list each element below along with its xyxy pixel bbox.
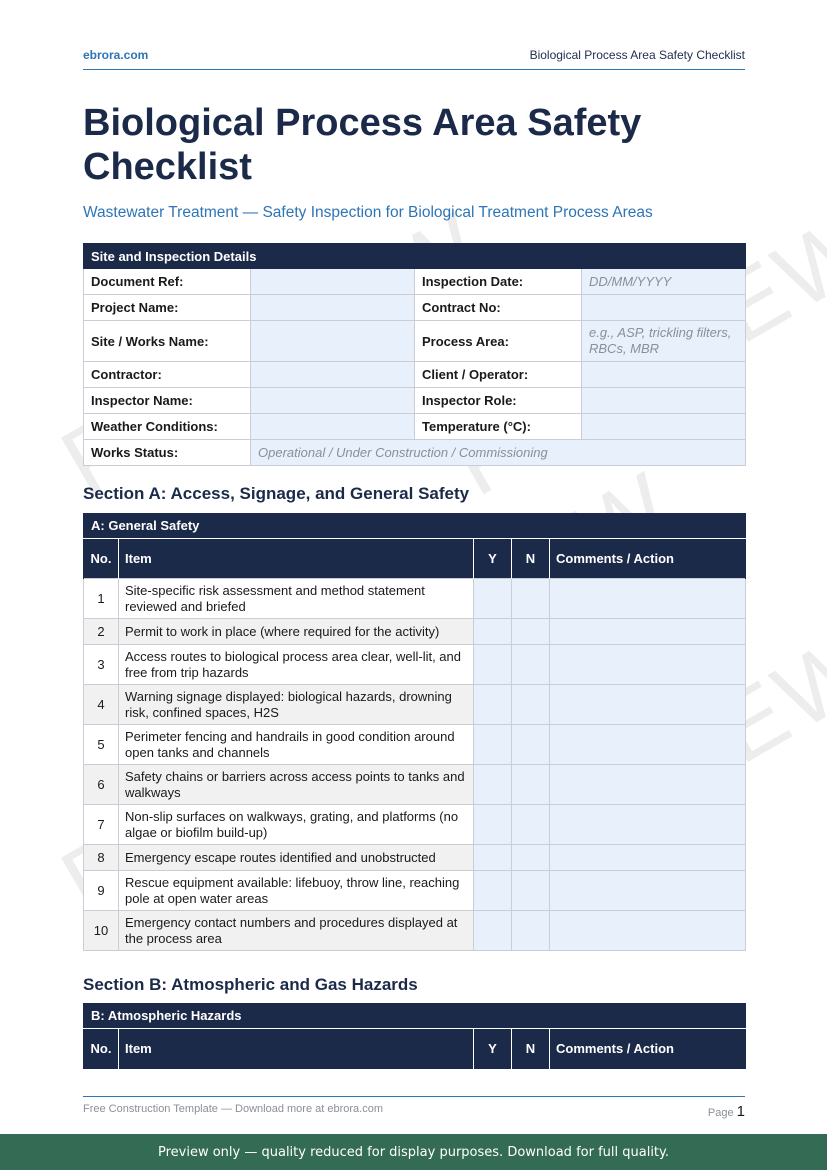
page-indicator: Page 1: [708, 1103, 745, 1120]
item-text: Emergency contact numbers and procedures…: [119, 911, 474, 951]
details-label: Contractor:: [84, 362, 251, 388]
col-y: Y: [474, 1029, 512, 1069]
page-label: Page: [708, 1107, 734, 1119]
contract-no-field[interactable]: [582, 295, 746, 321]
works-status-field[interactable]: Operational / Under Construction / Commi…: [251, 440, 746, 466]
page-footer: Free Construction Template — Download mo…: [83, 1096, 745, 1120]
col-no: No.: [84, 1029, 119, 1069]
project-name-field[interactable]: [251, 295, 415, 321]
table-row: 8Emergency escape routes identified and …: [84, 845, 746, 871]
details-label: Document Ref:: [84, 269, 251, 295]
no-checkbox-cell[interactable]: [512, 911, 550, 951]
yes-checkbox-cell[interactable]: [474, 685, 512, 725]
table-row: 7Non-slip surfaces on walkways, grating,…: [84, 805, 746, 845]
table-row: 3Access routes to biological process are…: [84, 645, 746, 685]
temperature-field[interactable]: [582, 414, 746, 440]
yes-checkbox-cell[interactable]: [474, 845, 512, 871]
item-number: 5: [84, 725, 119, 765]
comments-field[interactable]: [550, 645, 746, 685]
item-number: 2: [84, 619, 119, 645]
item-text: Perimeter fencing and handrails in good …: [119, 725, 474, 765]
item-number: 1: [84, 579, 119, 619]
details-label: Inspector Name:: [84, 388, 251, 414]
item-number: 3: [84, 645, 119, 685]
details-label: Process Area:: [415, 321, 582, 362]
col-n: N: [512, 1029, 550, 1069]
site-works-name-field[interactable]: [251, 321, 415, 362]
col-comments: Comments / Action: [550, 1029, 746, 1069]
comments-field[interactable]: [550, 805, 746, 845]
table-row: 2Permit to work in place (where required…: [84, 619, 746, 645]
item-text: Permit to work in place (where required …: [119, 619, 474, 645]
section-a-table: A: General Safety No. Item Y N Comments …: [83, 513, 746, 951]
item-text: Site-specific risk assessment and method…: [119, 579, 474, 619]
comments-field[interactable]: [550, 685, 746, 725]
comments-field[interactable]: [550, 911, 746, 951]
col-y: Y: [474, 539, 512, 579]
table-row: 1Site-specific risk assessment and metho…: [84, 579, 746, 619]
details-label: Weather Conditions:: [84, 414, 251, 440]
item-number: 9: [84, 871, 119, 911]
yes-checkbox-cell[interactable]: [474, 725, 512, 765]
col-item: Item: [119, 539, 474, 579]
item-text: Non-slip surfaces on walkways, grating, …: [119, 805, 474, 845]
section-b-heading: Section B: Atmospheric and Gas Hazards: [83, 975, 418, 995]
header-doc-title: Biological Process Area Safety Checklist: [530, 48, 745, 62]
document-ref-field[interactable]: [251, 269, 415, 295]
details-label: Inspector Role:: [415, 388, 582, 414]
footer-text: Free Construction Template — Download mo…: [83, 1103, 383, 1120]
col-n: N: [512, 539, 550, 579]
item-text: Warning signage displayed: biological ha…: [119, 685, 474, 725]
yes-checkbox-cell[interactable]: [474, 805, 512, 845]
item-text: Safety chains or barriers across access …: [119, 765, 474, 805]
weather-conditions-field[interactable]: [251, 414, 415, 440]
comments-field[interactable]: [550, 619, 746, 645]
section-b-table: B: Atmospheric Hazards No. Item Y N Comm…: [83, 1003, 746, 1069]
yes-checkbox-cell[interactable]: [474, 911, 512, 951]
no-checkbox-cell[interactable]: [512, 579, 550, 619]
details-label: Client / Operator:: [415, 362, 582, 388]
yes-checkbox-cell[interactable]: [474, 645, 512, 685]
table-caption: B: Atmospheric Hazards: [84, 1004, 746, 1029]
section-a-heading: Section A: Access, Signage, and General …: [83, 484, 469, 504]
no-checkbox-cell[interactable]: [512, 685, 550, 725]
no-checkbox-cell[interactable]: [512, 805, 550, 845]
table-row: 4Warning signage displayed: biological h…: [84, 685, 746, 725]
col-item: Item: [119, 1029, 474, 1069]
no-checkbox-cell[interactable]: [512, 725, 550, 765]
yes-checkbox-cell[interactable]: [474, 619, 512, 645]
item-text: Emergency escape routes identified and u…: [119, 845, 474, 871]
running-header: ebrora.com Biological Process Area Safet…: [83, 48, 745, 70]
inspector-role-field[interactable]: [582, 388, 746, 414]
process-area-field[interactable]: e.g., ASP, trickling filters, RBCs, MBR: [582, 321, 746, 362]
client-operator-field[interactable]: [582, 362, 746, 388]
comments-field[interactable]: [550, 845, 746, 871]
col-no: No.: [84, 539, 119, 579]
table-row: 6Safety chains or barriers across access…: [84, 765, 746, 805]
table-row: 5Perimeter fencing and handrails in good…: [84, 725, 746, 765]
contractor-field[interactable]: [251, 362, 415, 388]
page-title: Biological Process Area Safety Checklist: [83, 101, 745, 189]
table-row: 10Emergency contact numbers and procedur…: [84, 911, 746, 951]
no-checkbox-cell[interactable]: [512, 871, 550, 911]
yes-checkbox-cell[interactable]: [474, 871, 512, 911]
comments-field[interactable]: [550, 725, 746, 765]
item-text: Rescue equipment available: lifebuoy, th…: [119, 871, 474, 911]
inspector-name-field[interactable]: [251, 388, 415, 414]
details-heading: Site and Inspection Details: [84, 244, 746, 269]
brand-link[interactable]: ebrora.com: [83, 48, 148, 62]
details-label: Project Name:: [84, 295, 251, 321]
preview-banner: Preview only — quality reduced for displ…: [0, 1134, 827, 1170]
item-text: Access routes to biological process area…: [119, 645, 474, 685]
page-number: 1: [737, 1103, 745, 1120]
comments-field[interactable]: [550, 765, 746, 805]
comments-field[interactable]: [550, 871, 746, 911]
item-number: 7: [84, 805, 119, 845]
yes-checkbox-cell[interactable]: [474, 765, 512, 805]
details-label: Site / Works Name:: [84, 321, 251, 362]
details-label: Inspection Date:: [415, 269, 582, 295]
item-number: 6: [84, 765, 119, 805]
item-number: 10: [84, 911, 119, 951]
item-number: 8: [84, 845, 119, 871]
site-details-table: Site and Inspection Details Document Ref…: [83, 243, 746, 466]
no-checkbox-cell[interactable]: [512, 845, 550, 871]
item-number: 4: [84, 685, 119, 725]
details-label: Temperature (°C):: [415, 414, 582, 440]
no-checkbox-cell[interactable]: [512, 619, 550, 645]
details-label: Contract No:: [415, 295, 582, 321]
comments-field[interactable]: [550, 579, 746, 619]
no-checkbox-cell[interactable]: [512, 765, 550, 805]
section-a-rows: 1Site-specific risk assessment and metho…: [84, 579, 746, 951]
no-checkbox-cell[interactable]: [512, 645, 550, 685]
table-caption: A: General Safety: [84, 514, 746, 539]
yes-checkbox-cell[interactable]: [474, 579, 512, 619]
page-subtitle: Wastewater Treatment — Safety Inspection…: [83, 204, 653, 222]
col-comments: Comments / Action: [550, 539, 746, 579]
table-row: 9Rescue equipment available: lifebuoy, t…: [84, 871, 746, 911]
details-label: Works Status:: [84, 440, 251, 466]
inspection-date-field[interactable]: DD/MM/YYYY: [582, 269, 746, 295]
